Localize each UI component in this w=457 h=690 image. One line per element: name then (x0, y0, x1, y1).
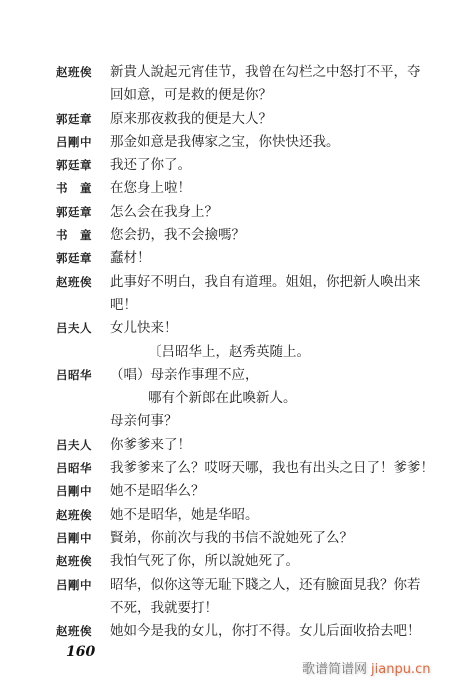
speaker-name: 赵班俟 (56, 620, 100, 643)
dialogue-text: 我还了你了。 (110, 154, 191, 177)
script-body: 赵班俟新貴人說起元宵佳节，我曾在勾栏之中怒打不平，夺回如意，可是救的便是你？郭廷… (0, 61, 457, 643)
watermark-domain: jianpu.cn (371, 662, 430, 677)
speaker-name: 赵班俟 (56, 61, 100, 84)
speaker-name: 赵班俟 (56, 271, 100, 294)
speaker-name: 郭廷章 (56, 247, 100, 270)
dialogue-text: 此事好不明白，我自有道理。姐姐，你把新人喚出来 (110, 271, 421, 294)
speaker-name: 赵班俟 (56, 504, 100, 527)
script-line: 郭廷章原来那夜救我的便是大人？ (0, 108, 457, 131)
speaker-name: 吕夫人 (56, 317, 100, 340)
script-line: 赵班俟她如今是我的女儿，你打不得。女儿后面收拾去吧！ (0, 620, 457, 643)
script-line: 回如意，可是救的便是你？ (0, 84, 457, 107)
script-line: 吕剛中賢弟，你前次与我的书信不說她死了么？ (0, 527, 457, 550)
script-line: 吕剛中她不是昭华么？ (0, 480, 457, 503)
dialogue-text: 賢弟，你前次与我的书信不說她死了么？ (110, 527, 353, 550)
script-line: 郭廷章我还了你了。 (0, 154, 457, 177)
dialogue-text: 母亲何事？ (110, 410, 178, 433)
dialogue-text: 新貴人說起元宵佳节，我曾在勾栏之中怒打不平，夺 (110, 61, 421, 84)
script-line: 郭廷章蠢材！ (0, 247, 457, 270)
script-line: 吕昭华（唱）母亲作事理不应， (0, 364, 457, 387)
watermark: 歌谱简谱网jianpu.cn (302, 658, 430, 677)
speaker-name: 吕剛中 (56, 527, 100, 550)
script-line: 吧！ (0, 294, 457, 317)
dialogue-text: 在您身上啦！ (110, 177, 191, 200)
watermark-text: 歌谱简谱网 (302, 662, 367, 677)
dialogue-text: 我爹爹来了么？哎呀天哪，我也有出头之日了！爹爹！ (110, 457, 434, 480)
dialogue-text: 我怕气死了你，所以說她死了。 (110, 550, 299, 573)
script-line: 赵班俟此事好不明白，我自有道理。姐姐，你把新人喚出来 (0, 271, 457, 294)
speaker-name: 郭廷章 (56, 154, 100, 177)
dialogue-text: 原来那夜救我的便是大人？ (110, 108, 272, 131)
script-line: 吕夫人你爹爹来了！ (0, 434, 457, 457)
dialogue-text: 她不是昭华，她是华昭。 (110, 504, 259, 527)
dialogue-text: 她不是昭华么？ (110, 480, 205, 503)
dialogue-text: 哪有个新郎在此喚新人。 (148, 387, 297, 410)
speaker-name: 赵班俟 (56, 550, 100, 573)
speaker-name: 吕剛中 (56, 574, 100, 597)
script-line: 郭廷章怎么会在我身上？ (0, 201, 457, 224)
dialogue-text: 吧！ (110, 294, 137, 317)
script-line: 母亲何事？ (0, 410, 457, 433)
speaker-name: 郭廷章 (56, 108, 100, 131)
speaker-name: 吕剛中 (56, 480, 100, 503)
dialogue-text: 您会扔，我不会撿嗎？ (110, 224, 245, 247)
dialogue-text: 怎么会在我身上？ (110, 201, 218, 224)
dialogue-text: 不死，我就要打！ (110, 597, 218, 620)
script-line: 不死，我就要打！ (0, 597, 457, 620)
script-line: 书 童您会扔，我不会撿嗎？ (0, 224, 457, 247)
script-line: 吕剛中昭华，似你这等无耻下賤之人，还有臉面見我？你若 (0, 574, 457, 597)
speaker-name: 吕昭华 (56, 364, 100, 387)
speaker-name: 吕昭华 (56, 457, 100, 480)
dialogue-text: 她如今是我的女儿，你打不得。女儿后面收拾去吧！ (110, 620, 421, 643)
dialogue-text: 女儿快来！ (110, 317, 178, 340)
script-line: 赵班俟新貴人說起元宵佳节，我曾在勾栏之中怒打不平，夺 (0, 61, 457, 84)
speaker-name: 郭廷章 (56, 201, 100, 224)
page-number: 160 (66, 644, 95, 660)
speaker-name: 吕夫人 (56, 434, 100, 457)
script-line: 吕夫人女儿快来！ (0, 317, 457, 340)
speaker-name: 吕剛中 (56, 131, 100, 154)
script-line: 吕剛中那金如意是我傳家之宝，你快快还我。 (0, 131, 457, 154)
stage-direction: 〔吕昭华上，赵秀英随上。 (148, 341, 310, 364)
script-line: 赵班俟她不是昭华，她是华昭。 (0, 504, 457, 527)
script-line: 书 童在您身上啦！ (0, 177, 457, 200)
script-line: 〔吕昭华上，赵秀英随上。 (0, 341, 457, 364)
dialogue-text: 回如意，可是救的便是你？ (110, 84, 272, 107)
script-line: 哪有个新郎在此喚新人。 (0, 387, 457, 410)
dialogue-text: 那金如意是我傳家之宝，你快快还我。 (110, 131, 340, 154)
dialogue-text: 蠢材！ (110, 247, 151, 270)
dialogue-text: 你爹爹来了！ (110, 434, 191, 457)
speaker-name: 书 童 (56, 177, 100, 200)
script-line: 吕昭华我爹爹来了么？哎呀天哪，我也有出头之日了！爹爹！ (0, 457, 457, 480)
speaker-name: 书 童 (56, 224, 100, 247)
script-line: 赵班俟我怕气死了你，所以說她死了。 (0, 550, 457, 573)
dialogue-text: 昭华，似你这等无耻下賤之人，还有臉面見我？你若 (110, 574, 421, 597)
dialogue-text: （唱）母亲作事理不应， (110, 364, 259, 387)
